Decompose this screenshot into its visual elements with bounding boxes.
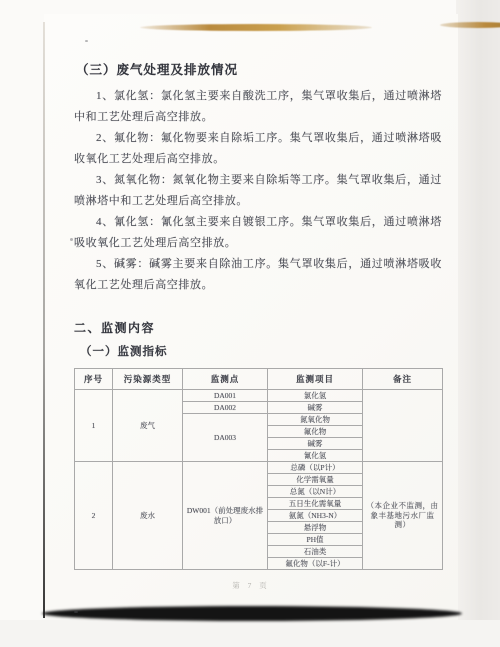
paragraph: 5、碱雾：碱雾主要来自除油工序。集气罩收集后，通过喷淋塔吸收氧化工艺处理后高空排… xyxy=(74,254,442,296)
background-side-band xyxy=(456,0,500,647)
table-cell-item: 化学需氧量 xyxy=(268,474,363,486)
paragraph: 2、氟化物：氟化物要来自除垢工序。集气罩收集后，通过喷淋塔吸收氧化工艺处理后高空… xyxy=(74,128,442,170)
table-cell-item: 氯化氢 xyxy=(268,390,363,402)
table-cell-note xyxy=(363,390,443,462)
table-cell-source-type: 废水 xyxy=(113,462,183,570)
header-cell-no: 序号 xyxy=(75,369,113,390)
table-cell-item: PH值 xyxy=(268,534,363,546)
table-cell-point: DA003 xyxy=(183,414,268,462)
header-cell-note: 备注 xyxy=(363,369,443,390)
page-number: 第 7 页 xyxy=(44,580,458,591)
table-cell-item: 氨氮（NH3-N） xyxy=(268,510,363,522)
table-cell-item: 碱雾 xyxy=(268,438,363,450)
background-below-band xyxy=(0,620,500,647)
table-row: 2 废水 DW001（前处理废水排放口） 总磷（以P计） （本企业不监测，由象丰… xyxy=(75,462,443,474)
table-cell-no: 1 xyxy=(75,390,113,462)
table-cell-point: DW001（前处理废水排放口） xyxy=(183,462,268,570)
section-heading-waste-gas: （三）废气处理及排放情况 xyxy=(76,60,442,78)
table-cell-item: 总磷（以P计） xyxy=(268,462,363,474)
table-cell-note: （本企业不监测，由象丰基地污水厂监测） xyxy=(363,462,443,570)
waste-gas-paragraphs: 1、氯化氢：氯化氢主要来自酸洗工序，集气罩收集后，通过喷淋塔中和工艺处理后高空排… xyxy=(74,86,442,296)
paper-left-edge-shadow xyxy=(43,22,45,618)
monitoring-table: 序号 污染源类型 监测点 监测项目 备注 1 废气 DA001 氯化氢 DA00 xyxy=(74,368,443,570)
paragraph: 3、氮氧化物：氮氧化物主要来自除垢等工序。集气罩收集后，通过喷淋塔中和工艺处理后… xyxy=(74,170,442,212)
table-cell-point: DA002 xyxy=(183,402,268,414)
table-cell-item: 氟化物 xyxy=(268,426,363,438)
subsection-heading-indicators: （一）监测指标 xyxy=(80,343,442,359)
table-cell-item: 石油类 xyxy=(268,546,363,558)
paragraph: 4、氰化氢：氰化氢主要来自镀银工序。集气罩收集后，通过喷淋塔吸收氧化工艺处理后高… xyxy=(74,212,442,254)
table-cell-item: 氮氧化物 xyxy=(268,414,363,426)
table-cell-no: 2 xyxy=(75,462,113,570)
desk-gold-streak xyxy=(140,24,372,31)
header-cell-source-type: 污染源类型 xyxy=(113,369,183,390)
header-cell-point: 监测点 xyxy=(183,369,268,390)
scan-speck xyxy=(70,238,73,241)
header-cell-item: 监测项目 xyxy=(268,369,363,390)
scan-speck xyxy=(74,611,78,613)
scanned-page: （三）废气处理及排放情况 1、氯化氢：氯化氢主要来自酸洗工序，集气罩收集后，通过… xyxy=(44,14,458,620)
scan-speck xyxy=(85,40,88,42)
section-heading-monitoring: 二、监测内容 xyxy=(74,319,442,336)
table-row: 1 废气 DA001 氯化氢 xyxy=(75,390,443,402)
paper-bottom-shadow xyxy=(42,606,462,621)
table-cell-item: 总氮（以N计） xyxy=(268,486,363,498)
table-cell-item: 氰化氢 xyxy=(268,450,363,462)
table-cell-item: 五日生化需氧量 xyxy=(268,498,363,510)
table-cell-item: 悬浮物 xyxy=(268,522,363,534)
table-header-row: 序号 污染源类型 监测点 监测项目 备注 xyxy=(75,369,443,390)
table-cell-item: 氟化物（以F-计） xyxy=(268,558,363,570)
table-cell-source-type: 废气 xyxy=(113,390,183,462)
table-cell-point: DA001 xyxy=(183,390,268,402)
page-content: （三）废气处理及排放情况 1、氯化氢：氯化氢主要来自酸洗工序，集气罩收集后，通过… xyxy=(74,60,442,570)
table-cell-item: 碱雾 xyxy=(268,402,363,414)
paragraph: 1、氯化氢：氯化氢主要来自酸洗工序，集气罩收集后，通过喷淋塔中和工艺处理后高空排… xyxy=(74,86,442,128)
